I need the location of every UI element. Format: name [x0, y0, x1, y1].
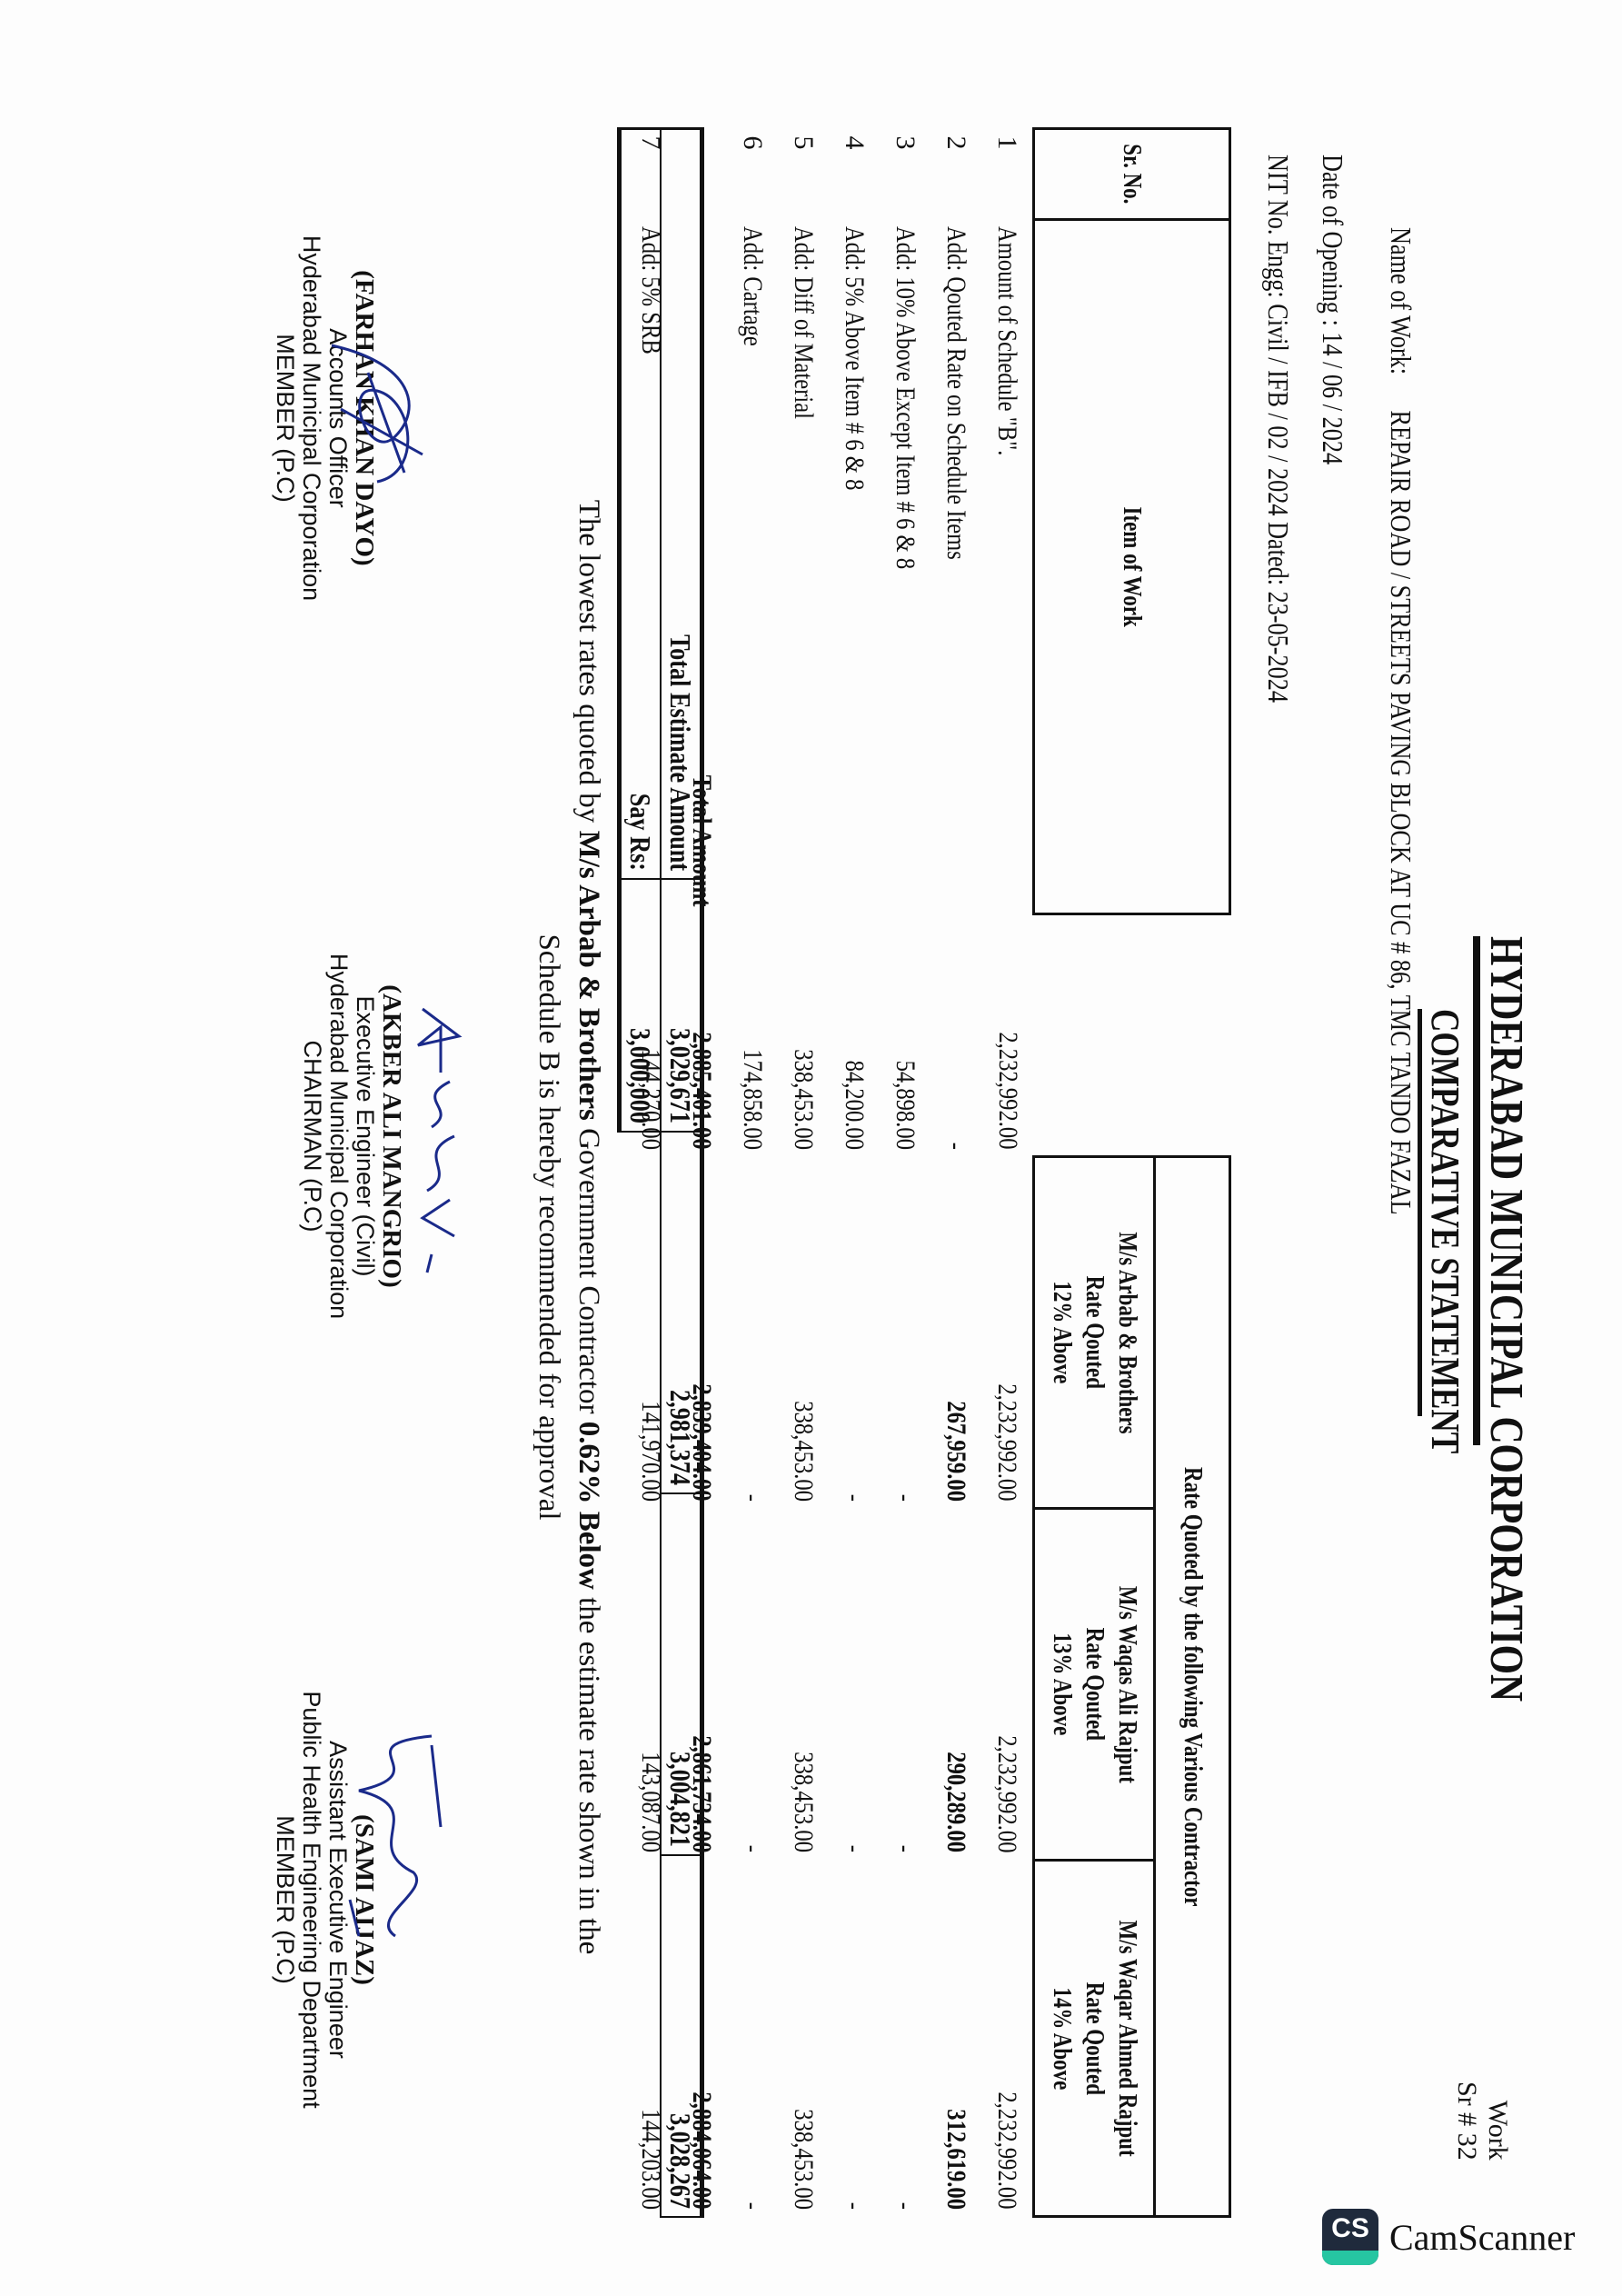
total-estimate-row: Total Estimate Amount 3,029,671 2,981,37… [661, 129, 702, 2218]
row-contractor-2: 338,453.00 [778, 1509, 829, 1860]
table-row: 5Add: Diff of Material338,453.00338,453.… [778, 129, 829, 2217]
recommended-percent: 0.62% [572, 1422, 605, 1504]
say-rs-row: Say Rs: 3,000,000 [620, 129, 662, 2218]
row-contractor-1: 2,232,992.00 [981, 1157, 1034, 1509]
document-title: COMPARATIVE STATEMENT [1418, 1009, 1468, 1416]
row-sr-no: 1 [981, 129, 1034, 220]
header-contractor-2: M/s Waqas Ali RajputRate Qouted13% Above [1034, 1509, 1155, 1860]
total-estimate-label: Total Estimate Amount [661, 129, 702, 880]
nit-number: NIT No. Engg: Civil / IFB / 02 / 2024 Da… [1261, 155, 1295, 703]
work-reference: Work Sr # 32 [1451, 2081, 1513, 2161]
row-contractor-1: - [727, 1157, 778, 1509]
row-item: Add: 5% Above Item # 6 & 8 [829, 219, 880, 913]
totals-table: Total Estimate Amount 3,029,671 2,981,37… [617, 127, 704, 2218]
row-contractor-3: - [880, 1860, 930, 2216]
row-contractor-1: - [880, 1157, 930, 1509]
signatory-accounts-officer: (FARHAN KHAN DAYO) Accounts Officer Hyde… [272, 164, 377, 673]
camscanner-label: CamScanner [1389, 2216, 1575, 2259]
row-item: Add: Qouted Rate on Schedule Items [930, 219, 981, 913]
total-contractor-3: 3,028,267 [661, 1855, 702, 2217]
name-of-work: Name of Work: REPAIR ROAD / STREETS PAVI… [1384, 227, 1418, 1215]
row-item: Add: 10% Above Except Item # 6 & 8 [880, 219, 930, 913]
row-contractor-3: - [727, 1860, 778, 2216]
row-contractor-2: 2,232,992.00 [981, 1509, 1034, 1860]
row-contractor-1: - [829, 1157, 880, 1509]
row-sr-no: 3 [880, 129, 930, 220]
row-estimate: 174,858.00 [727, 913, 778, 1157]
header-sr-no: Sr. No. [1034, 129, 1230, 220]
camscanner-watermark: CS CamScanner [1322, 2209, 1575, 2265]
camscanner-logo-icon: CS [1322, 2209, 1378, 2265]
work-label: Work [1482, 2081, 1513, 2161]
header-item-of-work: Item of Work [1034, 219, 1230, 913]
header-contractor-3: M/s Waqar Ahmed RajputRate Qouted14% Abo… [1034, 1860, 1155, 2216]
total-contractor-2: 3,004,821 [661, 1493, 702, 1855]
header-estimate [1034, 913, 1230, 1157]
header-contractor-1: M/s Arbab & BrothersRate Qouted12% Above [1034, 1157, 1155, 1509]
row-estimate: 84,200.00 [829, 913, 880, 1157]
signature-scribble-icon [313, 327, 432, 509]
row-item: Amount of Schedule "B". [981, 219, 1034, 913]
row-contractor-2: 290,289.00 [930, 1509, 981, 1860]
row-contractor-2: - [829, 1509, 880, 1860]
table-row: 3Add: 10% Above Except Item # 6 & 854,89… [880, 129, 930, 2217]
total-estimate-value: 3,029,671 [661, 879, 702, 1132]
table-row: 1Amount of Schedule "B".2,232,992.002,23… [981, 129, 1034, 2217]
recommendation-text: The lowest rates quoted by M/s Arbab & B… [529, 454, 609, 2000]
row-item: Add: Cartage [727, 219, 778, 913]
name-of-work-value: REPAIR ROAD / STREETS PAVING BLOCK AT UC… [1385, 410, 1418, 1214]
name-of-work-label: Name of Work: [1385, 227, 1418, 374]
table-row: 2Add: Qouted Rate on Schedule Items-267,… [930, 129, 981, 2217]
row-contractor-3: 338,453.00 [778, 1860, 829, 2216]
row-contractor-3: - [829, 1860, 880, 2216]
row-sr-no: 6 [727, 129, 778, 220]
row-contractor-2: - [727, 1509, 778, 1860]
signature-scribble-icon [404, 1000, 468, 1291]
row-sr-no: 5 [778, 129, 829, 220]
say-rs-label: Say Rs: [620, 129, 662, 880]
signature-scribble-icon [332, 1718, 450, 1954]
row-contractor-3: 2,232,992.00 [981, 1860, 1034, 2216]
row-estimate: 2,232,992.00 [981, 913, 1034, 1157]
organization-title: HYDERABAD MUNICIPAL CORPORATION [1473, 936, 1531, 1445]
table-row: 6Add: Cartage174,858.00--- [727, 129, 778, 2217]
table-row: 4Add: 5% Above Item # 6 & 884,200.00--- [829, 129, 880, 2217]
document-page: HYDERABAD MUNICIPAL CORPORATION COMPARAT… [0, 0, 1622, 2296]
total-contractor-1: 2,981,374 [661, 1132, 702, 1493]
row-estimate: 338,453.00 [778, 913, 829, 1157]
row-item: Add: Diff of Material [778, 219, 829, 913]
signatory-assistant-executive-engineer: (SAMI AIJAZ) Assistant Executive Enginee… [272, 1600, 377, 2200]
row-contractor-3: 312,619.00 [930, 1860, 981, 2216]
row-contractor-1: 338,453.00 [778, 1157, 829, 1509]
row-estimate: - [930, 913, 981, 1157]
row-estimate: 54,898.00 [880, 913, 930, 1157]
recommended-contractor: M/s Arbab & Brothers [572, 831, 605, 1121]
row-sr-no: 2 [930, 129, 981, 220]
row-sr-no: 4 [829, 129, 880, 220]
serial-ref: Sr # 32 [1451, 2081, 1482, 2161]
say-rs-value: 3,000,000 [620, 879, 662, 1132]
row-contractor-2: - [880, 1509, 930, 1860]
date-of-opening: Date of Opening : 14 / 06 / 2024 [1316, 155, 1349, 464]
row-contractor-1: 267,959.00 [930, 1157, 981, 1509]
comparative-table: Sr. No. Item of Work Rate Quoted by the … [625, 127, 1231, 2218]
header-contractor-group: Rate Quoted by the following Various Con… [1155, 1157, 1230, 2217]
signatory-executive-engineer: (AKBER ALI MANGRIO) Executive Engineer (… [299, 909, 404, 1363]
